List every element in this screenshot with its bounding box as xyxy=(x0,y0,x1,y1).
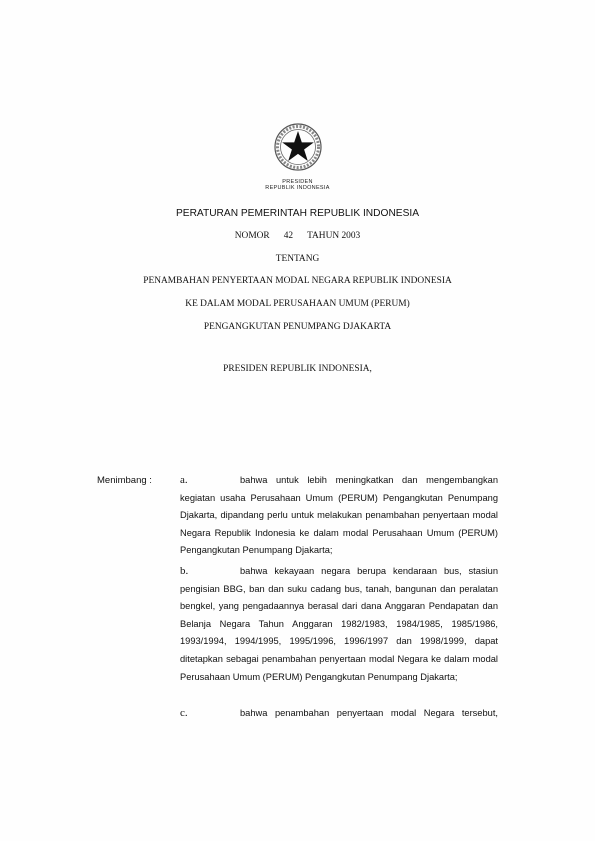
document-page: PRESIDEN REPUBLIK INDONESIA PERATURAN PE… xyxy=(0,0,595,841)
subject-line-2: KE DALAM MODAL PERUSAHAAN UMUM (PERUM) xyxy=(0,299,595,309)
clause-c: c.bahwa penambahan penyertaan modal Nega… xyxy=(180,705,498,723)
clause-marker: b. xyxy=(180,563,240,581)
regulation-title: PERATURAN PEMERINTAH REPUBLIK INDONESIA xyxy=(0,208,595,219)
subject-line-3: PENGANGKUTAN PENUMPANG DJAKARTA xyxy=(0,322,595,332)
regulation-number-line: NOMOR42TAHUN 2003 xyxy=(0,231,595,241)
clause-text: bahwa kekayaan negara berupa kendaraan b… xyxy=(180,566,498,682)
issuer-line: PRESIDEN REPUBLIK INDONESIA, xyxy=(0,364,595,374)
clause-b: b.bahwa kekayaan negara berupa kendaraan… xyxy=(180,563,498,686)
menimbang-label: Menimbang : xyxy=(97,475,152,486)
tahun-label: TAHUN 2003 xyxy=(307,231,360,241)
nomor-label: NOMOR xyxy=(235,231,270,241)
presidential-seal-icon xyxy=(273,122,323,172)
clause-a: a.bahwa untuk lebih meningkatkan dan men… xyxy=(180,472,498,560)
clause-text: bahwa penambahan penyertaan modal Negara… xyxy=(240,708,498,718)
nomor-value: 42 xyxy=(284,231,293,241)
clause-marker: c. xyxy=(180,705,240,723)
subject-line-1: PENAMBAHAN PENYERTAAN MODAL NEGARA REPUB… xyxy=(0,276,595,286)
emblem-caption-republik: REPUBLIK INDONESIA xyxy=(0,185,595,191)
tentang-heading: TENTANG xyxy=(0,254,595,264)
clause-marker: a. xyxy=(180,472,240,490)
